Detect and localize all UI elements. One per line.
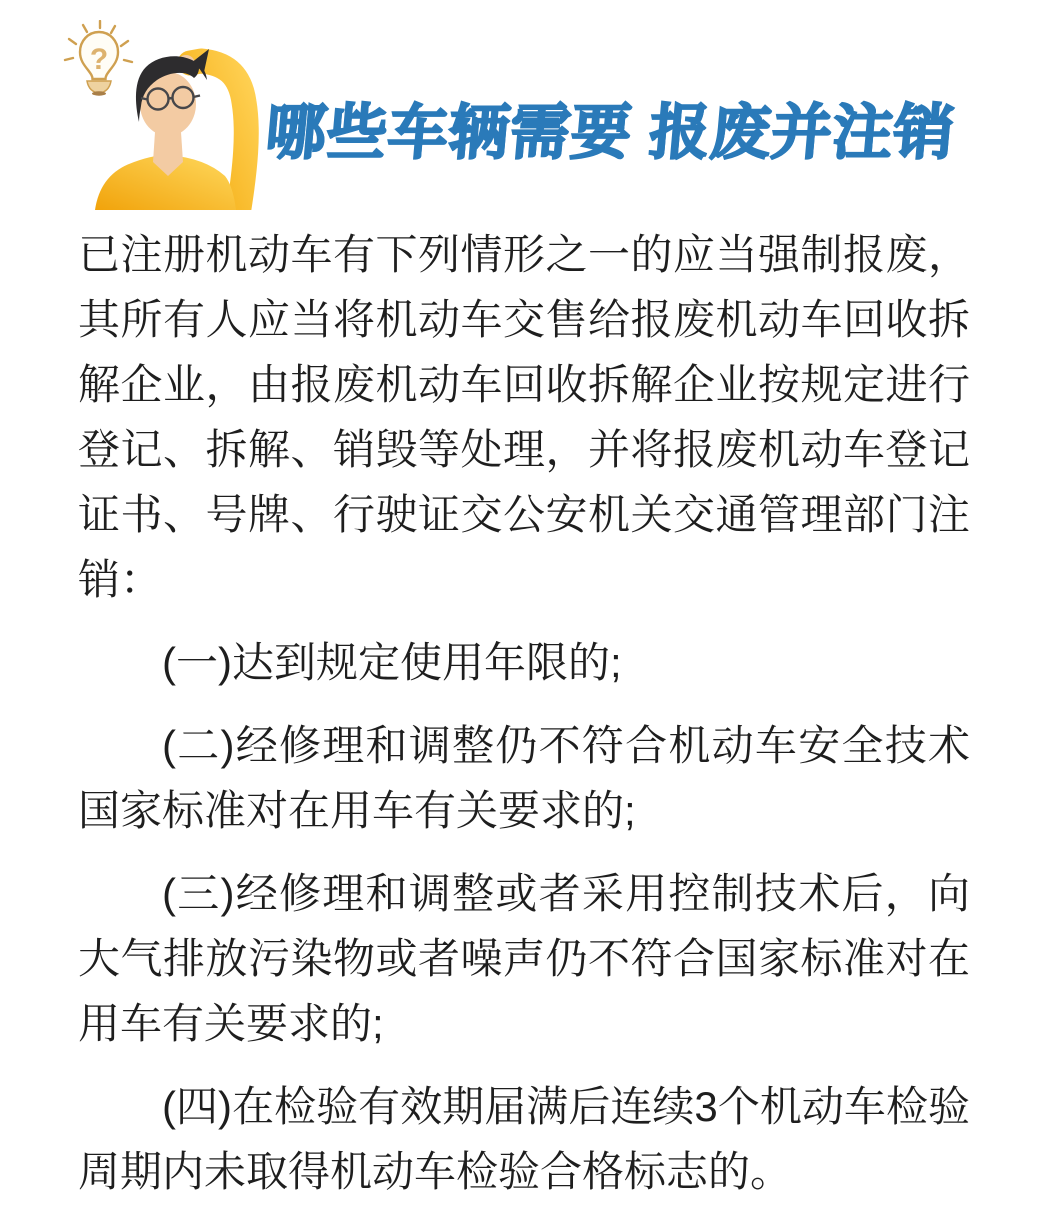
- question-mark-glyph: ?: [90, 43, 108, 76]
- clause-item-4: (四)在检验有效期届满后连续3个机动车检验周期内未取得机动车检验合格标志的。: [78, 1074, 970, 1204]
- clause-item-2: (二)经修理和调整仍不符合机动车安全技术国家标准对在用车有关要求的;: [78, 713, 970, 843]
- intro-paragraph: 已注册机动车有下列情形之一的应当强制报废，其所有人应当将机动车交售给报废机动车回…: [78, 222, 970, 612]
- lightbulb-icon: ?: [65, 21, 132, 96]
- person-figure: [95, 49, 246, 210]
- clause-item-1: (一)达到规定使用年限的;: [78, 630, 970, 695]
- article-header: ? 哪些车辆需: [0, 0, 1041, 215]
- page-title: 哪些车辆需要 报废并注销: [263, 102, 957, 164]
- thinking-person-illustration: ?: [53, 20, 268, 210]
- lightbulb-base-shadow: [92, 91, 106, 95]
- lightbulb-base: [87, 81, 111, 93]
- clause-item-3: (三)经修理和调整或者采用控制技术后，向大气排放污染物或者噪声仍不符合国家标准对…: [78, 861, 970, 1056]
- article-page: ? 哪些车辆需: [0, 0, 1041, 1220]
- article-body: 已注册机动车有下列情形之一的应当强制报废，其所有人应当将机动车交售给报废机动车回…: [78, 222, 970, 1220]
